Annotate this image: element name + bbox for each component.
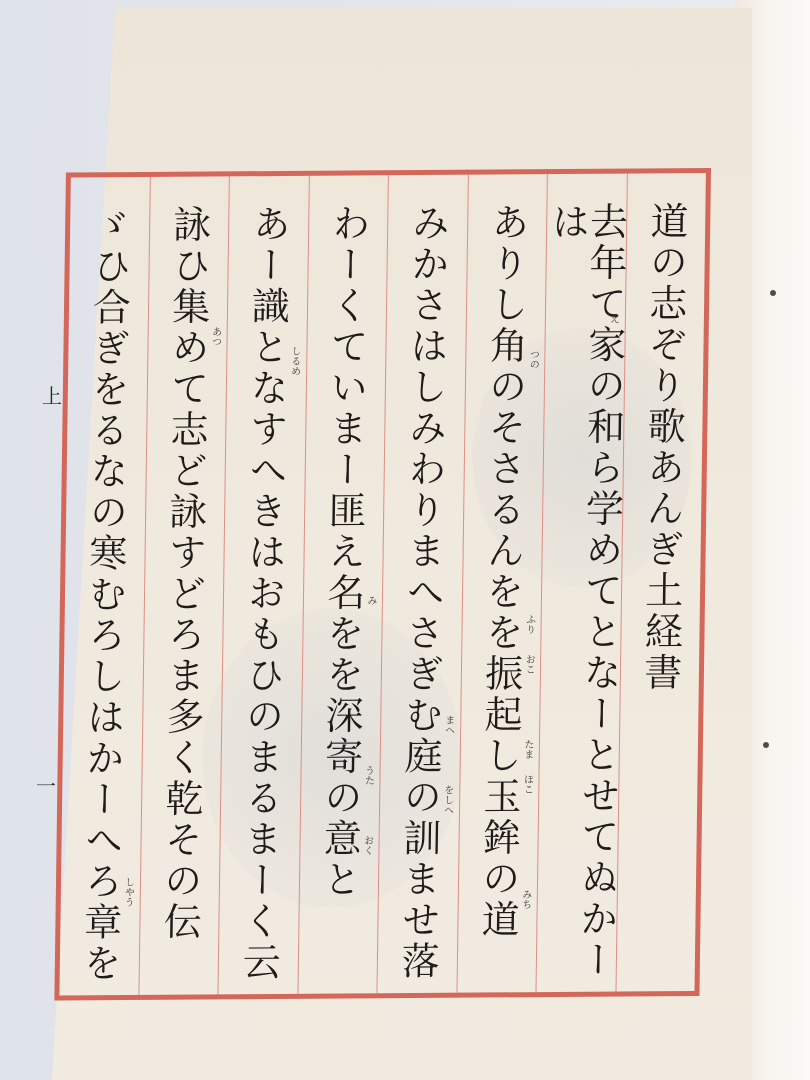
column-8: ゞひ合ぎをるなの寒むろしはかーへろ章を しやう — [59, 177, 149, 996]
margin-mark-lower: 一 — [36, 770, 56, 799]
ruby-annotation: つの — [525, 349, 540, 369]
column-text: 去年て家の和ら学めてとなーとせてぬかーは — [538, 174, 625, 993]
ruby-annotation: をしへ — [439, 785, 454, 815]
column-text: みかさはしみわりまへさぎむ庭の訓ませ落 — [398, 175, 447, 993]
ruby-annotation: みち — [518, 889, 533, 909]
column-text: あー識となすへきはおもひのまるまーく云 — [239, 176, 288, 994]
ruby-annotation: うた — [360, 765, 375, 785]
column-text: 道の志ぞり歌あんぎ土経書 — [636, 173, 685, 991]
ruby-annotation: ふり — [521, 614, 536, 634]
binding-hole — [770, 290, 776, 296]
column-text: ありし角のそさるんをを振起し玉鉾の道 — [477, 174, 526, 992]
ruby-annotation: たま — [520, 739, 535, 759]
column-4: みかさはしみわりまへさぎむ庭の訓ませ落 まへ をしへ — [376, 175, 467, 994]
column-3: ありし角のそさるんをを振起し玉鉾の道 つの ふり おこ たま ほこ みち — [456, 174, 547, 993]
text-columns: 道の志ぞり歌あんぎ土経書 去年て家の和ら学めてとなーとせてぬかーは え ありし角… — [59, 173, 706, 995]
ruby-annotation: ほこ — [519, 774, 534, 794]
column-6: あー識となすへきはおもひのまるまーく云 しるめ — [217, 176, 308, 995]
column-text: わーくていまー匪え名をを深寄の意と — [318, 175, 367, 993]
ruby-annotation: しやう — [120, 877, 135, 907]
ruby-annotation: しるめ — [287, 346, 302, 376]
red-ruled-frame: 道の志ぞり歌あんぎ土経書 去年て家の和ら学めてとなーとせてぬかーは え ありし角… — [54, 168, 711, 1000]
column-2: 去年て家の和ら学めてとなーとせてぬかーは え — [535, 174, 626, 993]
ruby-annotation: まへ — [441, 715, 456, 735]
ruby-annotation: え — [605, 314, 620, 324]
column-text: 詠ひ集めて志ど詠すどろま多く乾その伝 — [159, 177, 208, 995]
binding-hole — [763, 742, 769, 748]
margin-mark-upper: 上 — [42, 380, 62, 409]
ruby-annotation: あつ — [207, 326, 222, 346]
column-1-title: 道の志ぞり歌あんぎ土経書 — [615, 173, 706, 992]
ruby-annotation: おこ — [521, 654, 536, 674]
column-text: ゞひ合ぎをるなの寒むろしはかーへろ章を — [80, 177, 129, 995]
column-7: 詠ひ集めて志ど詠すどろま多く乾その伝 あつ — [138, 176, 229, 995]
ruby-annotation: おく — [359, 835, 374, 855]
ruby-annotation: み — [363, 595, 378, 605]
column-5: わーくていまー匪え名をを深寄の意と み うた おく — [297, 175, 388, 994]
